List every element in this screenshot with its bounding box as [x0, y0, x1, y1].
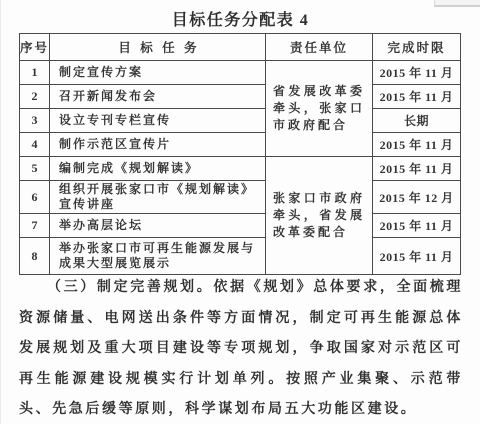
row-index: 5 — [20, 157, 50, 181]
deadline-cell: 2015 年 12 月 — [373, 181, 461, 214]
deadline-cell: 2015 年 11 月 — [373, 157, 461, 181]
row-index: 1 — [20, 61, 50, 85]
body-paragraph: （三）制定完善规划。依据《规划》总体要求，全面梳理资源储量、电网送出条件等方面情… — [19, 273, 463, 424]
table-row: 2 召开新闻发布会 2015 年 11 月 — [20, 85, 461, 109]
unit-cell-group-2: 张家口市政府牵头，省发展改革委配合 — [266, 157, 373, 275]
paragraph-body: 依据《规划》总体要求，全面梳理资源储量、电网送出条件等方面情况，制定可再生能源总… — [19, 280, 463, 417]
row-index: 6 — [20, 181, 50, 214]
header-unit: 责任单位 — [266, 34, 373, 61]
row-index: 3 — [20, 109, 50, 133]
header-index: 序号 — [20, 34, 50, 61]
deadline-cell: 2015 年 11 月 — [373, 214, 461, 238]
deadline-cell: 2015 年 11 月 — [373, 85, 461, 109]
table-row: 1 制定宣传方案 省发展改革委牵头，张家口市政府配合 2015 年 11 月 — [20, 61, 461, 85]
table-header-row: 序号 目标任务 责任单位 完成时限 — [20, 34, 461, 61]
row-index: 7 — [20, 214, 50, 238]
deadline-cell: 2015 年 11 月 — [373, 61, 461, 85]
row-index: 2 — [20, 85, 50, 109]
table-row: 8 举办张家口市可再生能源发展与成果大型展览展示 2015 年 11 月 — [20, 238, 461, 275]
deadline-cell: 2015 年 11 月 — [373, 133, 461, 157]
task-cell: 制作示范区宣传片 — [50, 133, 266, 157]
deadline-cell: 长期 — [373, 109, 461, 133]
row-index: 8 — [20, 238, 50, 275]
deadline-cell: 2015 年 11 月 — [373, 238, 461, 275]
document-page: 目标任务分配表 4 序号 目标任务 责任单位 完成时限 1 制定宣传方案 省发展… — [0, 0, 480, 424]
page-title: 目标任务分配表 4 — [1, 0, 480, 30]
table-row: 5 编制完成《规划解读》 张家口市政府牵头，省发展改革委配合 2015 年 11… — [20, 157, 461, 181]
task-cell: 制定宣传方案 — [50, 61, 266, 85]
task-cell: 编制完成《规划解读》 — [50, 157, 266, 181]
task-cell: 设立专刊专栏宣传 — [50, 109, 266, 133]
paragraph-heading: （三）制定完善规划。 — [47, 280, 213, 295]
task-cell: 组织开展张家口市《规划解读》宣传讲座 — [50, 181, 266, 214]
table-row: 4 制作示范区宣传片 2015 年 11 月 — [20, 133, 461, 157]
task-allocation-table: 序号 目标任务 责任单位 完成时限 1 制定宣传方案 省发展改革委牵头，张家口市… — [19, 33, 461, 275]
table-row: 3 设立专刊专栏宣传 长期 — [20, 109, 461, 133]
unit-cell-group-1: 省发展改革委牵头，张家口市政府配合 — [266, 61, 373, 157]
task-cell: 举办高层论坛 — [50, 214, 266, 238]
table-row: 7 举办高层论坛 2015 年 11 月 — [20, 214, 461, 238]
task-cell: 召开新闻发布会 — [50, 85, 266, 109]
row-index: 4 — [20, 133, 50, 157]
corner-artifact — [434, 0, 480, 7]
header-deadline: 完成时限 — [373, 34, 461, 61]
table-row: 6 组织开展张家口市《规划解读》宣传讲座 2015 年 12 月 — [20, 181, 461, 214]
task-cell: 举办张家口市可再生能源发展与成果大型展览展示 — [50, 238, 266, 275]
header-task: 目标任务 — [50, 34, 266, 61]
